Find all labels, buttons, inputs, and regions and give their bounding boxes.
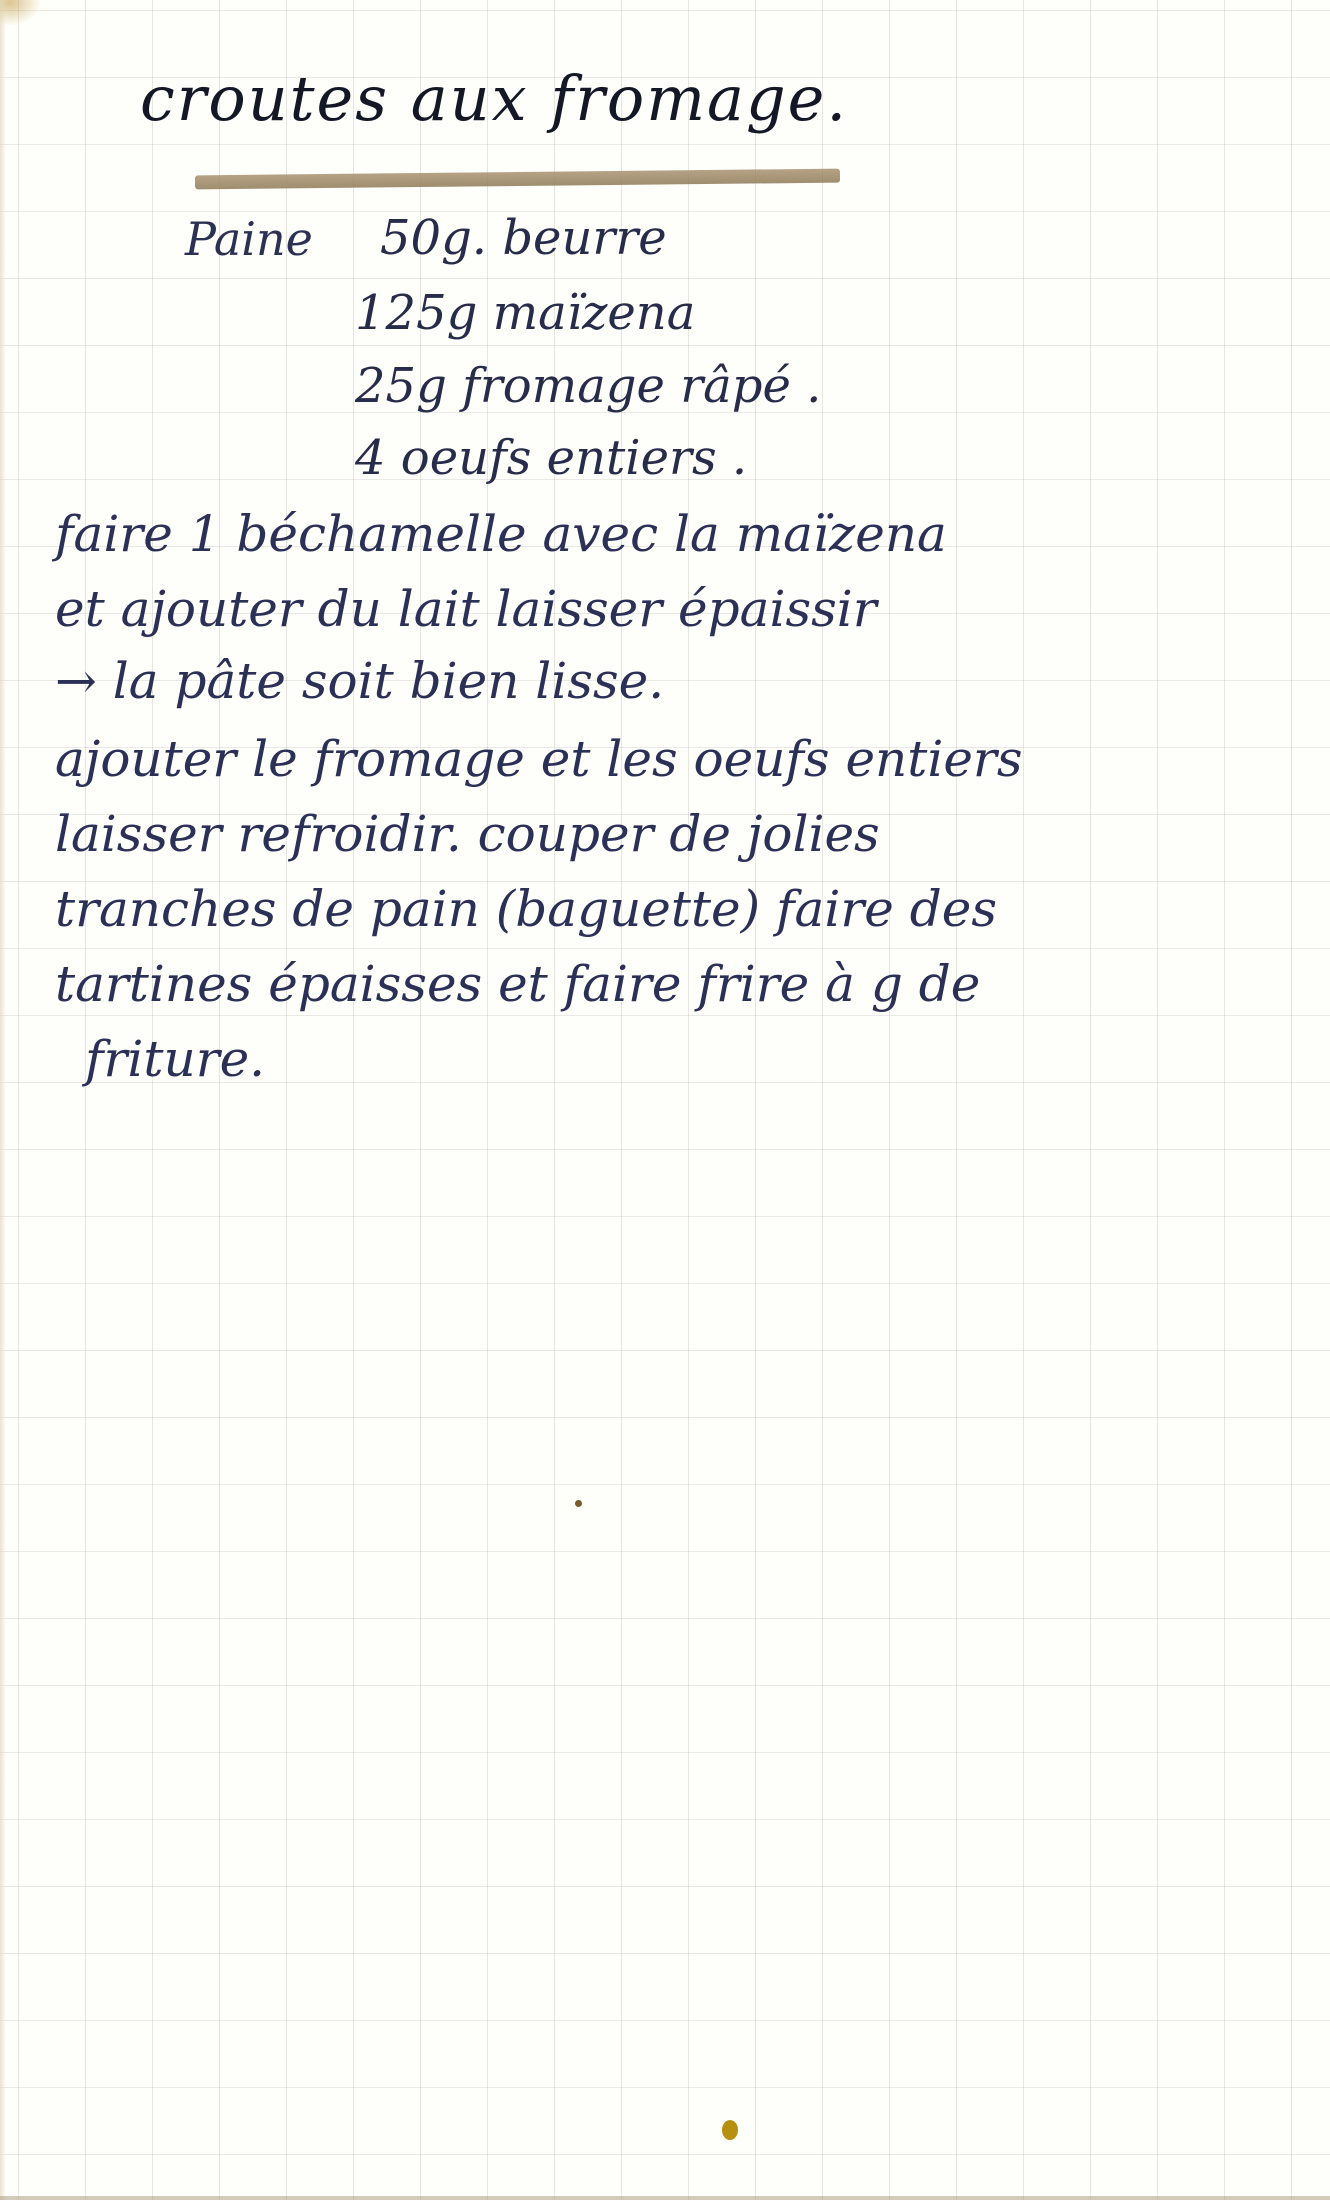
stain-dot: [722, 2120, 738, 2140]
ingredient-item: 50g. beurre: [380, 210, 667, 266]
ingredient-item: 25g fromage râpé .: [355, 358, 821, 414]
instruction-line: laisser refroidir. couper de jolies: [55, 805, 880, 863]
ingredient-item: 125g maïzena: [355, 285, 695, 341]
instruction-line: faire 1 béchamelle avec la maïzena: [55, 505, 947, 563]
instruction-line: tranches de pain (baguette) faire des: [55, 880, 997, 938]
instruction-line: et ajouter du lait laisser épaissir: [55, 580, 877, 638]
instruction-line: friture.: [85, 1030, 265, 1088]
paper-edge: [0, 0, 6, 2200]
instruction-line: ajouter le fromage et les oeufs entiers: [55, 730, 1022, 788]
instruction-line: → la pâte soit bien lisse.: [55, 652, 664, 710]
instruction-line: tartines épaisses et faire frire à g de: [55, 955, 980, 1013]
ink-speck: [575, 1500, 582, 1507]
recipe-title: croutes aux fromage.: [140, 62, 848, 135]
paper-bottom-edge: [0, 2196, 1330, 2200]
ingredient-item: 4 oeufs entiers .: [355, 430, 747, 486]
ingredients-label: Paine: [185, 212, 313, 266]
